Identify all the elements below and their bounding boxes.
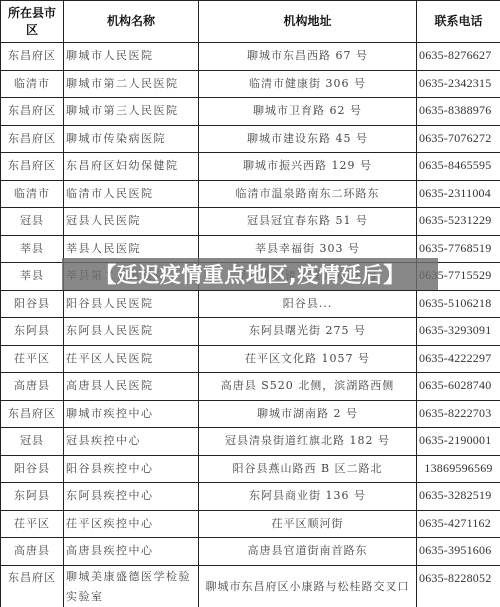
cell-name: 聊城市疾控中心 bbox=[64, 400, 199, 428]
cell-name: 东阿县人民医院 bbox=[64, 318, 199, 346]
cell-phone: 0635-3293091 bbox=[417, 318, 500, 346]
table-row: 冠县 冠县疾控中心 冠县清泉街道红旗北路 182 号 0635-2190001 bbox=[1, 428, 500, 456]
cell-district: 东阿县 bbox=[1, 483, 64, 511]
cell-address: 阳谷县燕山路西 B 区二路北 bbox=[199, 455, 417, 483]
table-row: 茌平区 茌平区人民医院 茌平区文化路 1057 号 0635-4222297 bbox=[1, 345, 500, 373]
cell-address: 东阿县商业街 136 号 bbox=[199, 483, 417, 511]
table-row: 临清市 聊城市第二人民医院 临清市健康街 306 号 0635-2342315 bbox=[1, 70, 500, 98]
cell-district: 东昌府区 bbox=[1, 43, 64, 71]
cell-address: 冠县冠宜春东路 51 号 bbox=[199, 208, 417, 236]
cell-district: 冠县 bbox=[1, 428, 64, 456]
cell-phone: 0635-8228052 bbox=[417, 565, 500, 607]
institutions-table-container: 所在县市区 机构名称 机构地址 联系电话 东昌府区 聊城市人民医院 聊城市东昌西… bbox=[0, 0, 500, 607]
cell-district: 临清市 bbox=[1, 180, 64, 208]
cell-address: 东阿县曙光街 275 号 bbox=[199, 318, 417, 346]
cell-name: 聊城市第三人民医院 bbox=[64, 98, 199, 126]
table-row: 东阿县 东阿县人民医院 东阿县曙光街 275 号 0635-3293091 bbox=[1, 318, 500, 346]
cell-address: 茌平区顺河街 bbox=[199, 510, 417, 538]
cell-address: 聊城市东昌西路 67 号 bbox=[199, 43, 417, 71]
cell-district: 东昌府区 bbox=[1, 565, 64, 607]
cell-name: 茌平区人民医院 bbox=[64, 345, 199, 373]
cell-name: 冠县人民医院 bbox=[64, 208, 199, 236]
cell-name: 东阿县疾控中心 bbox=[64, 483, 199, 511]
table-row: 高唐县 高唐县疾控中心 高唐县官道街南首路东 0635-3951606 bbox=[1, 538, 500, 566]
header-district: 所在县市区 bbox=[1, 1, 64, 43]
cell-phone: 0635-8276627 bbox=[417, 43, 500, 71]
cell-address: 高唐县官道街南首路东 bbox=[199, 538, 417, 566]
cell-name: 阳谷县人民医院 bbox=[64, 290, 199, 318]
cell-phone: 0635-2311004 bbox=[417, 180, 500, 208]
cell-district: 莘县 bbox=[1, 263, 64, 291]
cell-name: 冠县疾控中心 bbox=[64, 428, 199, 456]
cell-address: 临清市健康街 306 号 bbox=[199, 70, 417, 98]
table-row: 阳谷县 阳谷县疾控中心 阳谷县燕山路西 B 区二路北 13869596569 bbox=[1, 455, 500, 483]
cell-name: 高唐县疾控中心 bbox=[64, 538, 199, 566]
table-row: 东昌府区 聊城市传染病医院 聊城市建设东路 45 号 0635-7076272 bbox=[1, 125, 500, 153]
cell-phone: 0635-5106218 bbox=[417, 290, 500, 318]
header-address: 机构地址 bbox=[199, 1, 417, 43]
table-row: 东昌府区 聊城美康盛德医学检验实验室 聊城市东昌府区小康路与松桂路交叉口 063… bbox=[1, 565, 500, 607]
cell-phone: 0635-2190001 bbox=[417, 428, 500, 456]
cell-address: 聊城市建设东路 45 号 bbox=[199, 125, 417, 153]
cell-phone: 0635-3951606 bbox=[417, 538, 500, 566]
cell-name: 高唐县人民医院 bbox=[64, 373, 199, 401]
cell-district: 高唐县 bbox=[1, 373, 64, 401]
table-row: 东昌府区 聊城市疾控中心 聊城市湖南路 2 号 0635-8222703 bbox=[1, 400, 500, 428]
cell-name: 聊城市传染病医院 bbox=[64, 125, 199, 153]
cell-district: 茌平区 bbox=[1, 345, 64, 373]
cell-address: 高唐县 S520 北侧，滨湖路西侧 bbox=[199, 373, 417, 401]
table-row: 东昌府区 聊城市第三人民医院 聊城市卫育路 62 号 0635-8388976 bbox=[1, 98, 500, 126]
table-header-row: 所在县市区 机构名称 机构地址 联系电话 bbox=[1, 1, 500, 43]
cell-address: 聊城市卫育路 62 号 bbox=[199, 98, 417, 126]
cell-name: 东昌府区妇幼保健院 bbox=[64, 153, 199, 181]
table-row: 东阿县 东阿县疾控中心 东阿县商业街 136 号 0635-3282519 bbox=[1, 483, 500, 511]
cell-phone: 0635-8388976 bbox=[417, 98, 500, 126]
table-row: 冠县 冠县人民医院 冠县冠宜春东路 51 号 0635-5231229 bbox=[1, 208, 500, 236]
cell-phone: 0635-6028740 bbox=[417, 373, 500, 401]
cell-district: 东昌府区 bbox=[1, 400, 64, 428]
table-row: 东昌府区 东昌府区妇幼保健院 聊城市振兴西路 129 号 0635-846559… bbox=[1, 153, 500, 181]
cell-district: 高唐县 bbox=[1, 538, 64, 566]
header-name: 机构名称 bbox=[64, 1, 199, 43]
cell-phone: 0635-4271162 bbox=[417, 510, 500, 538]
cell-phone: 0635-3282519 bbox=[417, 483, 500, 511]
cell-phone: 13869596569 bbox=[417, 455, 500, 483]
cell-address: 聊城市湖南路 2 号 bbox=[199, 400, 417, 428]
overlay-banner: 【延迟疫情重点地区,疫情延后】 bbox=[62, 258, 438, 290]
cell-name: 聊城市人民医院 bbox=[64, 43, 199, 71]
cell-district: 阳谷县 bbox=[1, 290, 64, 318]
cell-address: 聊城市振兴西路 129 号 bbox=[199, 153, 417, 181]
cell-phone: 0635-2342315 bbox=[417, 70, 500, 98]
table-row: 茌平区 茌平区疾控中心 茌平区顺河街 0635-4271162 bbox=[1, 510, 500, 538]
table-row: 高唐县 高唐县人民医院 高唐县 S520 北侧，滨湖路西侧 0635-60287… bbox=[1, 373, 500, 401]
cell-address: 临清市温泉路南东二环路东 bbox=[199, 180, 417, 208]
cell-address: 聊城市东昌府区小康路与松桂路交叉口 bbox=[199, 565, 417, 607]
cell-district: 阳谷县 bbox=[1, 455, 64, 483]
cell-district: 临清市 bbox=[1, 70, 64, 98]
header-phone: 联系电话 bbox=[417, 1, 500, 43]
cell-name: 临清市人民医院 bbox=[64, 180, 199, 208]
cell-district: 冠县 bbox=[1, 208, 64, 236]
cell-address: 冠县清泉街道红旗北路 182 号 bbox=[199, 428, 417, 456]
banner-text: 【延迟疫情重点地区,疫情延后】 bbox=[95, 259, 404, 289]
cell-district: 东阿县 bbox=[1, 318, 64, 346]
cell-name: 阳谷县疾控中心 bbox=[64, 455, 199, 483]
cell-name: 茌平区疾控中心 bbox=[64, 510, 199, 538]
cell-phone: 0635-8465595 bbox=[417, 153, 500, 181]
table-row: 临清市 临清市人民医院 临清市温泉路南东二环路东 0635-2311004 bbox=[1, 180, 500, 208]
cell-name: 聊城市第二人民医院 bbox=[64, 70, 199, 98]
cell-district: 茌平区 bbox=[1, 510, 64, 538]
cell-phone: 0635-7076272 bbox=[417, 125, 500, 153]
cell-district: 莘县 bbox=[1, 235, 64, 263]
cell-phone: 0635-5231229 bbox=[417, 208, 500, 236]
cell-district: 东昌府区 bbox=[1, 125, 64, 153]
cell-district: 东昌府区 bbox=[1, 98, 64, 126]
cell-address: 阳谷县... bbox=[199, 290, 417, 318]
cell-address: 茌平区文化路 1057 号 bbox=[199, 345, 417, 373]
table-row: 阳谷县 阳谷县人民医院 阳谷县... 0635-5106218 bbox=[1, 290, 500, 318]
cell-phone: 0635-8222703 bbox=[417, 400, 500, 428]
testing-institutions-table: 所在县市区 机构名称 机构地址 联系电话 东昌府区 聊城市人民医院 聊城市东昌西… bbox=[0, 0, 500, 607]
cell-name: 聊城美康盛德医学检验实验室 bbox=[64, 565, 199, 607]
table-row: 东昌府区 聊城市人民医院 聊城市东昌西路 67 号 0635-8276627 bbox=[1, 43, 500, 71]
cell-phone: 0635-4222297 bbox=[417, 345, 500, 373]
cell-district: 东昌府区 bbox=[1, 153, 64, 181]
